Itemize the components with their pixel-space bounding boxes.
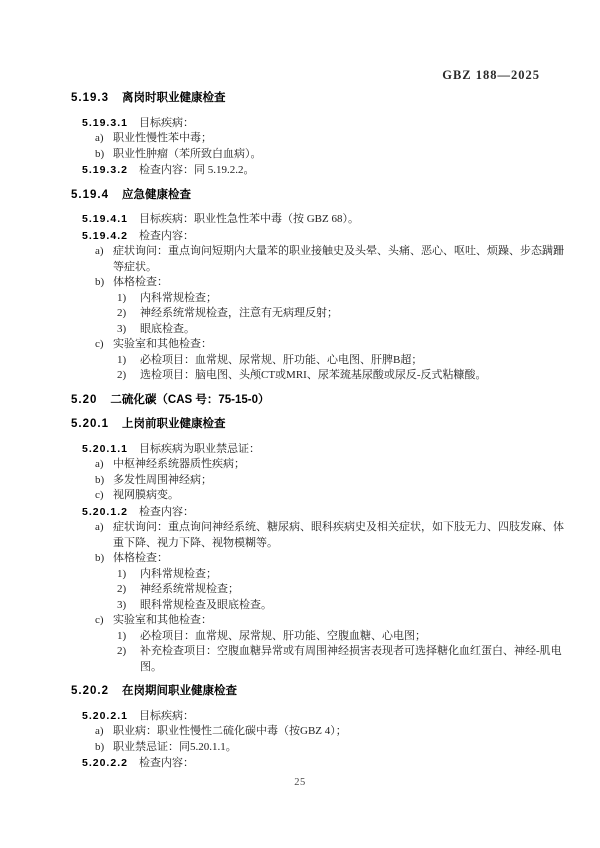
list-item-label: b) (95, 147, 113, 163)
list-item-text: 职业禁忌证：同5.20.1.1。 (113, 741, 237, 753)
list-item-label: 2) (117, 582, 140, 598)
list-item-label: b) (95, 551, 113, 567)
continuation-line: 等症状。 (0, 260, 600, 276)
list-item-text: 症状询问：重点询问神经系统、糖尿病、眼科疾病史及相关症状，如下肢无力、四肢发麻、… (113, 521, 564, 533)
list-item-label: b) (95, 740, 113, 756)
section-heading: 5.20二硫化碳（CAS 号：75-15-0） (0, 393, 600, 409)
list-item-label: 2) (117, 368, 140, 384)
list-item-label: a) (95, 244, 113, 260)
list-item-label: 2) (117, 644, 140, 660)
list-item: 1)必检项目：血常规、尿常规、肝功能、心电图、肝脾B超； (0, 353, 600, 369)
page-number: 25 (0, 777, 600, 788)
list-item-label: 1) (117, 353, 140, 369)
list-item-text: 眼科常规检查及眼底检查。 (140, 599, 272, 611)
list-item: b)多发性周围神经病； (0, 473, 600, 489)
subclause-line: 5.19.3.2检查内容：同 5.19.2.2。 (0, 163, 600, 179)
clause-number: 5.19.3.1 (82, 117, 128, 129)
clause-number: 5.19.4 (71, 189, 109, 201)
heading-text: 二硫化碳（CAS 号：75-15-0） (110, 394, 269, 406)
heading-text: 上岗前职业健康检查 (122, 418, 226, 430)
list-item-text: 眼底检查。 (140, 323, 195, 335)
list-item: 2)神经系统常规检查； (0, 582, 600, 598)
subclause-line: 5.20.1.2检查内容： (0, 505, 600, 521)
subclause-line: 5.19.3.1目标疾病： (0, 116, 600, 132)
document-page: GBZ 188—2025 5.19.3离岗时职业健康检查5.19.3.1目标疾病… (0, 0, 600, 848)
clause-number: 5.20.2 (71, 685, 109, 697)
clause-number: 5.20.1 (71, 418, 109, 430)
list-item-text: 职业性肿瘤（苯所致白血病）。 (113, 148, 262, 160)
list-item: 1)内科常规检查； (0, 291, 600, 307)
subclause-line: 5.19.4.2检查内容： (0, 229, 600, 245)
list-item: 1)内科常规检查； (0, 567, 600, 583)
standard-code-header: GBZ 188—2025 (442, 68, 540, 83)
subclause-text: 检查内容： (139, 506, 194, 518)
list-item-text: 职业病：职业性慢性二硫化碳中毒（按GBZ 4）； (113, 725, 347, 737)
list-item: 2)选检项目：脑电图、头颅CT或MRI、尿苯巯基尿酸或尿反-反式粘糠酸。 (0, 368, 600, 384)
list-item: b)职业禁忌证：同5.20.1.1。 (0, 740, 600, 756)
subclause-text: 目标疾病： (139, 710, 194, 722)
list-item: c)实验室和其他检查： (0, 337, 600, 353)
list-item-text: 多发性周围神经病； (113, 474, 212, 486)
subclause-text: 检查内容： (139, 230, 194, 242)
list-item-label: c) (95, 337, 113, 353)
clause-number: 5.20 (71, 394, 97, 406)
subclause-line: 5.20.1.1目标疾病为职业禁忌证： (0, 442, 600, 458)
list-item-text: 神经系统常规检查； (140, 583, 239, 595)
clause-number: 5.19.4.2 (82, 230, 128, 242)
list-item-label: b) (95, 275, 113, 291)
heading-text: 在岗期间职业健康检查 (122, 685, 237, 697)
list-item-text: 体格检查： (113, 552, 168, 564)
list-item-text: 内科常规检查； (140, 292, 217, 304)
list-item-text: 实验室和其他检查： (113, 614, 212, 626)
list-item-text: 职业性慢性苯中毒； (113, 132, 212, 144)
section-heading: 5.20.1上岗前职业健康检查 (0, 417, 600, 433)
list-item: b)体格检查： (0, 551, 600, 567)
list-item-label: 3) (117, 598, 140, 614)
section-heading: 5.19.4应急健康检查 (0, 188, 600, 204)
list-item-label: c) (95, 613, 113, 629)
list-item: a)症状询问：重点询问短期内大量苯的职业接触史及头晕、头痛、恶心、呕吐、烦躁、步… (0, 244, 600, 260)
list-item-label: 1) (117, 567, 140, 583)
section-heading: 5.20.2在岗期间职业健康检查 (0, 684, 600, 700)
list-item: 2)补充检查项目：空腹血糖异常或有周围神经损害表现者可选择糖化血红蛋白、神经-肌… (0, 644, 600, 660)
subclause-text: 目标疾病：职业性急性苯中毒（按 GBZ 68）。 (139, 213, 359, 225)
list-item-text: 实验室和其他检查： (113, 338, 212, 350)
continuation-line: 重下降、视力下降、视物模糊等。 (0, 536, 600, 552)
list-item: a)中枢神经系统器质性疾病； (0, 457, 600, 473)
subclause-line: 5.20.2.2检查内容： (0, 756, 600, 772)
subclause-text: 目标疾病为职业禁忌证： (139, 443, 260, 455)
list-item-text: 必检项目：血常规、尿常规、肝功能、空腹血糖、心电图； (140, 630, 426, 642)
list-item-label: 3) (117, 322, 140, 338)
heading-text: 应急健康检查 (122, 189, 191, 201)
list-item-label: a) (95, 520, 113, 536)
list-item: 1)必检项目：血常规、尿常规、肝功能、空腹血糖、心电图； (0, 629, 600, 645)
list-item: c)视网膜病变。 (0, 488, 600, 504)
section-heading: 5.19.3离岗时职业健康检查 (0, 91, 600, 107)
continuation-line: 图。 (0, 660, 600, 676)
clause-number: 5.19.4.1 (82, 213, 128, 225)
subclause-line: 5.20.2.1目标疾病： (0, 709, 600, 725)
list-item-text: 内科常规检查； (140, 568, 217, 580)
subclause-text: 检查内容： (139, 757, 194, 769)
list-item-text: 体格检查： (113, 276, 168, 288)
list-item: b)体格检查： (0, 275, 600, 291)
list-item-label: a) (95, 724, 113, 740)
list-item: 2)神经系统常规检查，注意有无病理反射； (0, 306, 600, 322)
heading-text: 离岗时职业健康检查 (122, 92, 226, 104)
list-item: a)职业性慢性苯中毒； (0, 131, 600, 147)
clause-number: 5.19.3.2 (82, 164, 128, 176)
list-item-text: 补充检查项目：空腹血糖异常或有周围神经损害表现者可选择糖化血红蛋白、神经-肌电 (140, 645, 562, 657)
list-item-label: b) (95, 473, 113, 489)
list-item-text: 症状询问：重点询问短期内大量苯的职业接触史及头晕、头痛、恶心、呕吐、烦躁、步态蹒… (113, 245, 564, 257)
clause-number: 5.19.3 (71, 92, 109, 104)
list-item: b)职业性肿瘤（苯所致白血病）。 (0, 147, 600, 163)
list-item: 3)眼科常规检查及眼底检查。 (0, 598, 600, 614)
subclause-text: 检查内容：同 5.19.2.2。 (139, 164, 255, 176)
list-item: c)实验室和其他检查： (0, 613, 600, 629)
clause-number: 5.20.1.2 (82, 506, 128, 518)
subclause-line: 5.19.4.1目标疾病：职业性急性苯中毒（按 GBZ 68）。 (0, 212, 600, 228)
list-item-label: 1) (117, 291, 140, 307)
subclause-text: 目标疾病： (139, 117, 194, 129)
list-item: a)症状询问：重点询问神经系统、糖尿病、眼科疾病史及相关症状，如下肢无力、四肢发… (0, 520, 600, 536)
clause-number: 5.20.2.1 (82, 710, 128, 722)
list-item-text: 选检项目：脑电图、头颅CT或MRI、尿苯巯基尿酸或尿反-反式粘糠酸。 (140, 369, 487, 381)
clause-number: 5.20.1.1 (82, 443, 128, 455)
list-item-label: 1) (117, 629, 140, 645)
list-item: 3)眼底检查。 (0, 322, 600, 338)
list-item-label: a) (95, 457, 113, 473)
clause-number: 5.20.2.2 (82, 757, 128, 769)
list-item-text: 视网膜病变。 (113, 489, 179, 501)
list-item-text: 中枢神经系统器质性疾病； (113, 458, 245, 470)
document-body: 5.19.3离岗时职业健康检查5.19.3.1目标疾病：a)职业性慢性苯中毒；b… (0, 82, 600, 772)
list-item-text: 神经系统常规检查，注意有无病理反射； (140, 307, 338, 319)
list-item-label: a) (95, 131, 113, 147)
list-item-label: c) (95, 488, 113, 504)
list-item-label: 2) (117, 306, 140, 322)
list-item-text: 必检项目：血常规、尿常规、肝功能、心电图、肝脾B超； (140, 354, 422, 366)
list-item: a)职业病：职业性慢性二硫化碳中毒（按GBZ 4）； (0, 724, 600, 740)
